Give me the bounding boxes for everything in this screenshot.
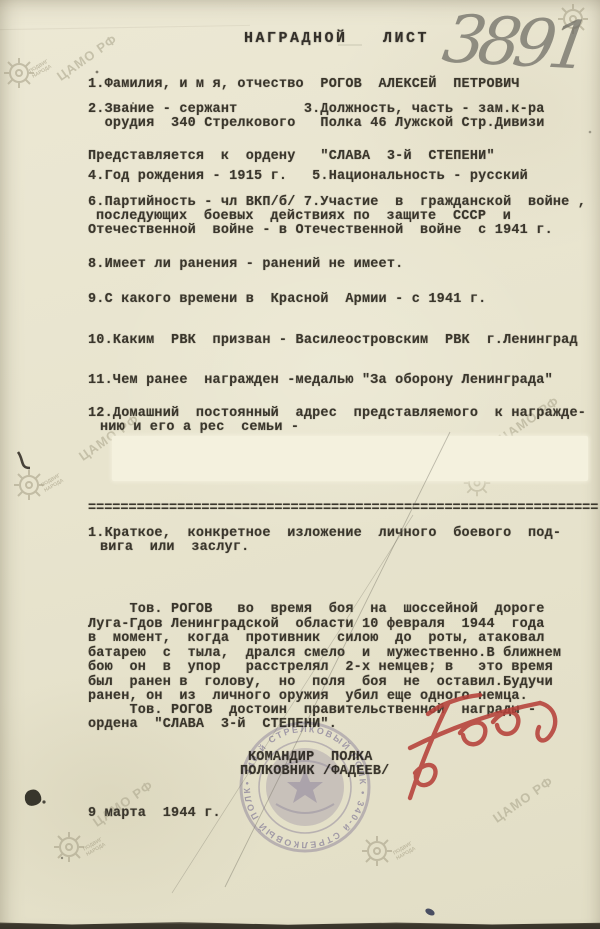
blue-ink-dot <box>424 907 436 917</box>
document-title: НАГРАДНОЙ ЛИСТ <box>244 32 429 47</box>
paper-speck <box>96 71 99 74</box>
paper-speck <box>589 131 592 134</box>
field-army-since: 9.С какого времени в Красной Армии - с 1… <box>88 293 486 308</box>
field-wounds: 8.Имеет ли ранения - ранений не имеет. <box>88 258 403 273</box>
citation-line: в момент, когда противник силою до роты,… <box>88 632 545 647</box>
citation-line: Тов. РОГОВ во время боя на шоссейной дор… <box>88 603 545 618</box>
pen-hook-mark <box>18 452 30 468</box>
ink-speck <box>42 800 45 803</box>
section-heading-2: вига или заслуг. <box>100 541 249 556</box>
field-rank-position-2: орудия 340 Стрелкового Полка 46 Лужской … <box>88 117 545 132</box>
scanned-award-document: ЦАМО РФ ЦАМО РФ ЦАМО РФ ЦАМО РФ ЦАМО РФ … <box>0 0 600 929</box>
gear-icon <box>12 468 46 502</box>
field-presented-order: Представляется к ордену "СЛАВА 3-й СТЕПЕ… <box>88 150 495 165</box>
field-prior-awards: 11.Чем ранее награжден -медалью "За обор… <box>88 374 553 389</box>
document-date: 9 марта 1944 г. <box>88 807 221 822</box>
field-party-participation-3: Отечественной войне - в Отечественной во… <box>88 224 553 239</box>
unit-round-stamp: • 340-й СТРЕЛКОВЫЙ ПОЛК • 340-й СТРЕЛКОВ… <box>230 712 380 862</box>
field-birth-nationality: 4.Год рождения - 1915 г. 5.Национальност… <box>88 170 528 185</box>
citation-line: бою он в упор расстрелял 2-х немцев; в э… <box>88 661 553 676</box>
redacted-address-box <box>112 436 588 481</box>
watermark-archive-top-left: ЦАМО РФ <box>54 31 120 83</box>
ink-blot <box>25 790 42 806</box>
field-home-address-2: нию и его а рес семьи - <box>100 421 299 436</box>
gear-icon <box>2 56 36 90</box>
gear-icon <box>52 830 86 864</box>
watermark-logo-bottom-center: ПОДВИГ НАРОДА <box>393 841 417 861</box>
section-divider: ========================================… <box>88 502 600 517</box>
watermark-logo-bottom-left: ПОДВИГ НАРОДА <box>83 837 107 857</box>
field-drafted-by: 10.Каким РВК призван - Василеостровским … <box>88 334 578 349</box>
paper-crease <box>0 25 250 30</box>
handwritten-archive-number: 3891 <box>438 1 590 85</box>
scan-bottom-edge <box>0 919 600 929</box>
commander-red-signature <box>388 676 578 831</box>
field-name: 1.Фамилия, и м я, отчество РОГОВ АЛЕКСЕЙ… <box>88 78 520 93</box>
